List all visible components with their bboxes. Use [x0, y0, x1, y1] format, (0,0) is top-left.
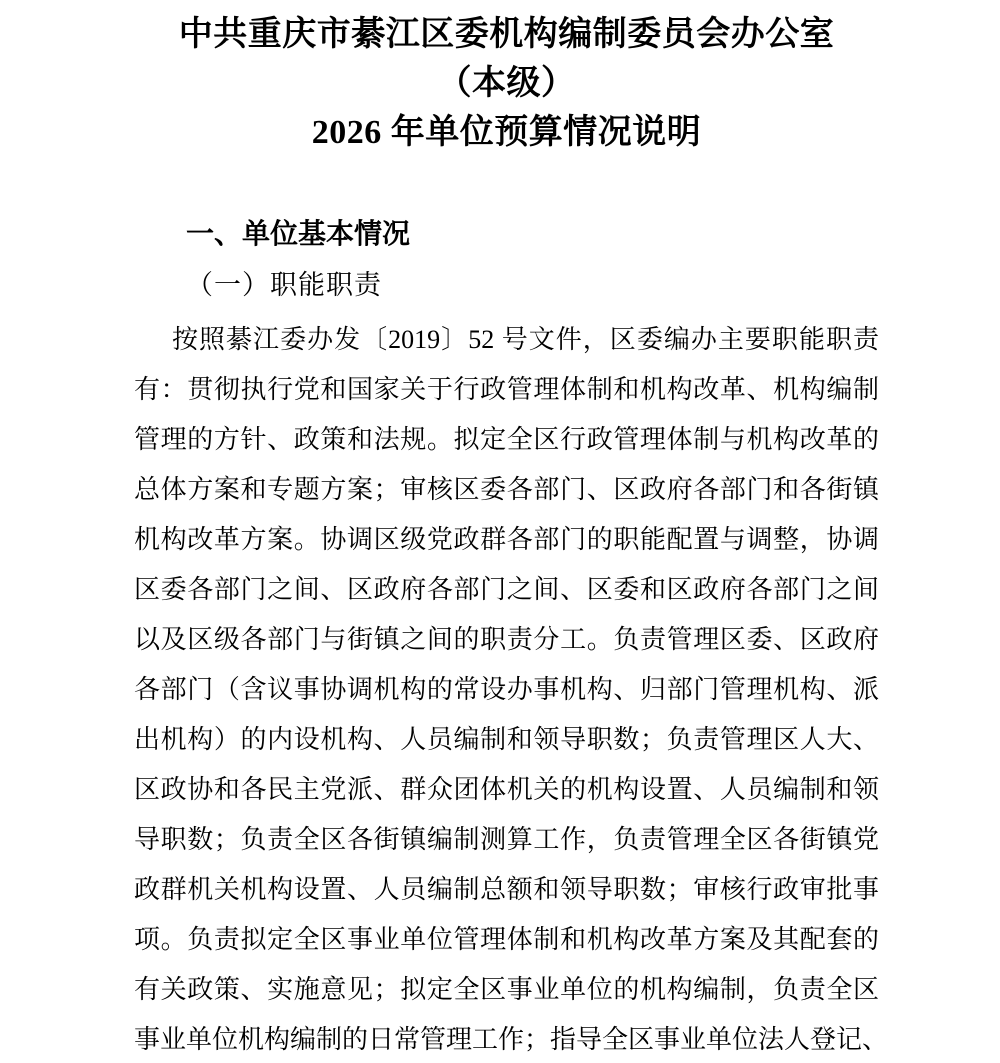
paragraph-line: 以及区级各部门与街镇之间的职责分工。负责管理区委、区政府	[134, 615, 879, 665]
paragraph-line: 有：贯彻执行党和国家关于行政管理体制和机构改革、机构编制	[134, 365, 879, 415]
paragraph-line: 区委各部门之间、区政府各部门之间、区委和区政府各部门之间	[134, 565, 879, 615]
section-heading-basic-info: 一、单位基本情况	[186, 218, 879, 250]
paragraph-line: 导职数；负责全区各街镇编制测算工作，负责管理全区各街镇党	[134, 815, 879, 865]
document-page: 中共重庆市綦江区委机构编制委员会办公室 （本级） 2026 年单位预算情况说明 …	[0, 0, 1000, 1063]
title-line-2: （本级）	[134, 59, 879, 108]
paragraph-line: 事业单位机构编制的日常管理工作；指导全区事业单位法人登记、	[134, 1015, 879, 1063]
title-line-1: 中共重庆市綦江区委机构编制委员会办公室	[134, 10, 879, 59]
paragraph-line: 项。负责拟定全区事业单位管理体制和机构改革方案及其配套的	[134, 915, 879, 965]
body-paragraph: 按照綦江委办发〔2019〕52 号文件，区委编办主要职能职责有：贯彻执行党和国家…	[134, 315, 879, 1063]
title-line-3: 2026 年单位预算情况说明	[134, 108, 879, 157]
paragraph-line: 政群机关机构设置、人员编制总额和领导职数；审核行政审批事	[134, 865, 879, 915]
document-content: 中共重庆市綦江区委机构编制委员会办公室 （本级） 2026 年单位预算情况说明 …	[134, 0, 879, 1063]
document-title: 中共重庆市綦江区委机构编制委员会办公室 （本级） 2026 年单位预算情况说明	[134, 0, 879, 157]
paragraph-line: 出机构）的内设机构、人员编制和领导职数；负责管理区人大、	[134, 715, 879, 765]
paragraph-line: 有关政策、实施意见；拟定全区事业单位的机构编制，负责全区	[134, 965, 879, 1015]
paragraph-line: 机构改革方案。协调区级党政群各部门的职能配置与调整，协调	[134, 515, 879, 565]
paragraph-line: 各部门（含议事协调机构的常设办事机构、归部门管理机构、派	[134, 665, 879, 715]
paragraph-line: 管理的方针、政策和法规。拟定全区行政管理体制与机构改革的	[134, 415, 879, 465]
subsection-heading-duties: （一）职能职责	[186, 268, 879, 302]
paragraph-line: 区政协和各民主党派、群众团体机关的机构设置、人员编制和领	[134, 765, 879, 815]
paragraph-line: 按照綦江委办发〔2019〕52 号文件，区委编办主要职能职责	[134, 315, 879, 365]
paragraph-line: 总体方案和专题方案；审核区委各部门、区政府各部门和各街镇	[134, 465, 879, 515]
